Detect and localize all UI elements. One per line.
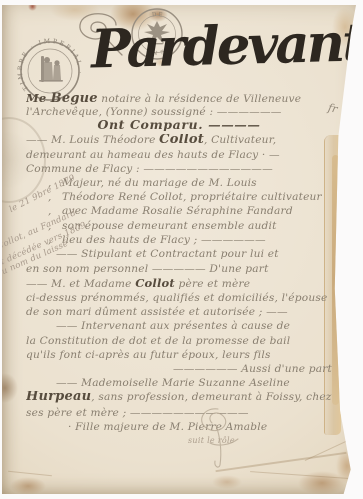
margin-paraph-mark: fr [327,101,339,116]
text-line: —— Stipulant et Contractant pour lui et [26,248,332,260]
text-line: ci-dessus prénommés, qualifiés et domici… [26,292,332,304]
right-edge-fold [332,155,339,405]
quote-mark: , [48,205,52,217]
text-line: Hurpeau, sans profession, demeurant à Fo… [26,391,332,403]
text-line: de son mari dûment assistée et autorisée… [26,306,332,318]
text-line: la Constitution de dot et de la promesse… [26,335,332,347]
scanned-notarial-document: { "header": { "script_title": "Pardevant… [0,0,363,499]
text-line: —————— Aussi d'une part [26,363,332,375]
text-line: —— M. Louis Théodore Collot, Cultivateur… [26,134,332,146]
script-title: Pardevant [91,11,356,80]
paper-stain [298,471,346,494]
text-line: —— Mademoiselle Marie Suzanne Aseline [26,377,332,389]
paper-stain [2,373,18,403]
text-line: l'Archevêque, (Yonne) soussigné : —————— [26,106,332,118]
ink-stain [28,5,37,11]
paper-crease [305,434,356,461]
text-line: ses père et mère ; ——————————— [26,407,332,419]
text-line: en son nom personnel ————— D'une part [26,263,332,275]
text-line: —— Intervenant aux présentes à cause de [26,320,332,332]
notary-name: Begue [51,92,98,105]
paper-crease [250,471,356,480]
text-line: demeurant au hameau des hauts de Flacy ·… [26,149,332,161]
party-name: Hurpeau [26,391,91,403]
paper-stain [10,477,46,494]
section-heading: Ont Comparu. ———— [26,119,332,131]
text-line: Me Begue notaire à la résidence de Ville… [26,92,332,105]
text-line: qu'ils font ci-après au futur époux, leu… [26,349,332,361]
paper-crease [8,471,52,477]
paper-stain [336,449,356,483]
text-line: —— M. et Madame Collot père et mère [26,277,332,290]
text-line: ,Théodore René Collot, propriétaire cult… [26,191,332,203]
party-name: Collot [159,134,204,146]
text-line: · Fille majeure de M. Pierre Amable [26,421,332,433]
paper-stain [212,475,242,489]
paraph-flourish [180,403,260,475]
party-name: Collot [135,277,175,290]
document-page: TIMBRE · IMPERIAL · DE [2,5,356,494]
